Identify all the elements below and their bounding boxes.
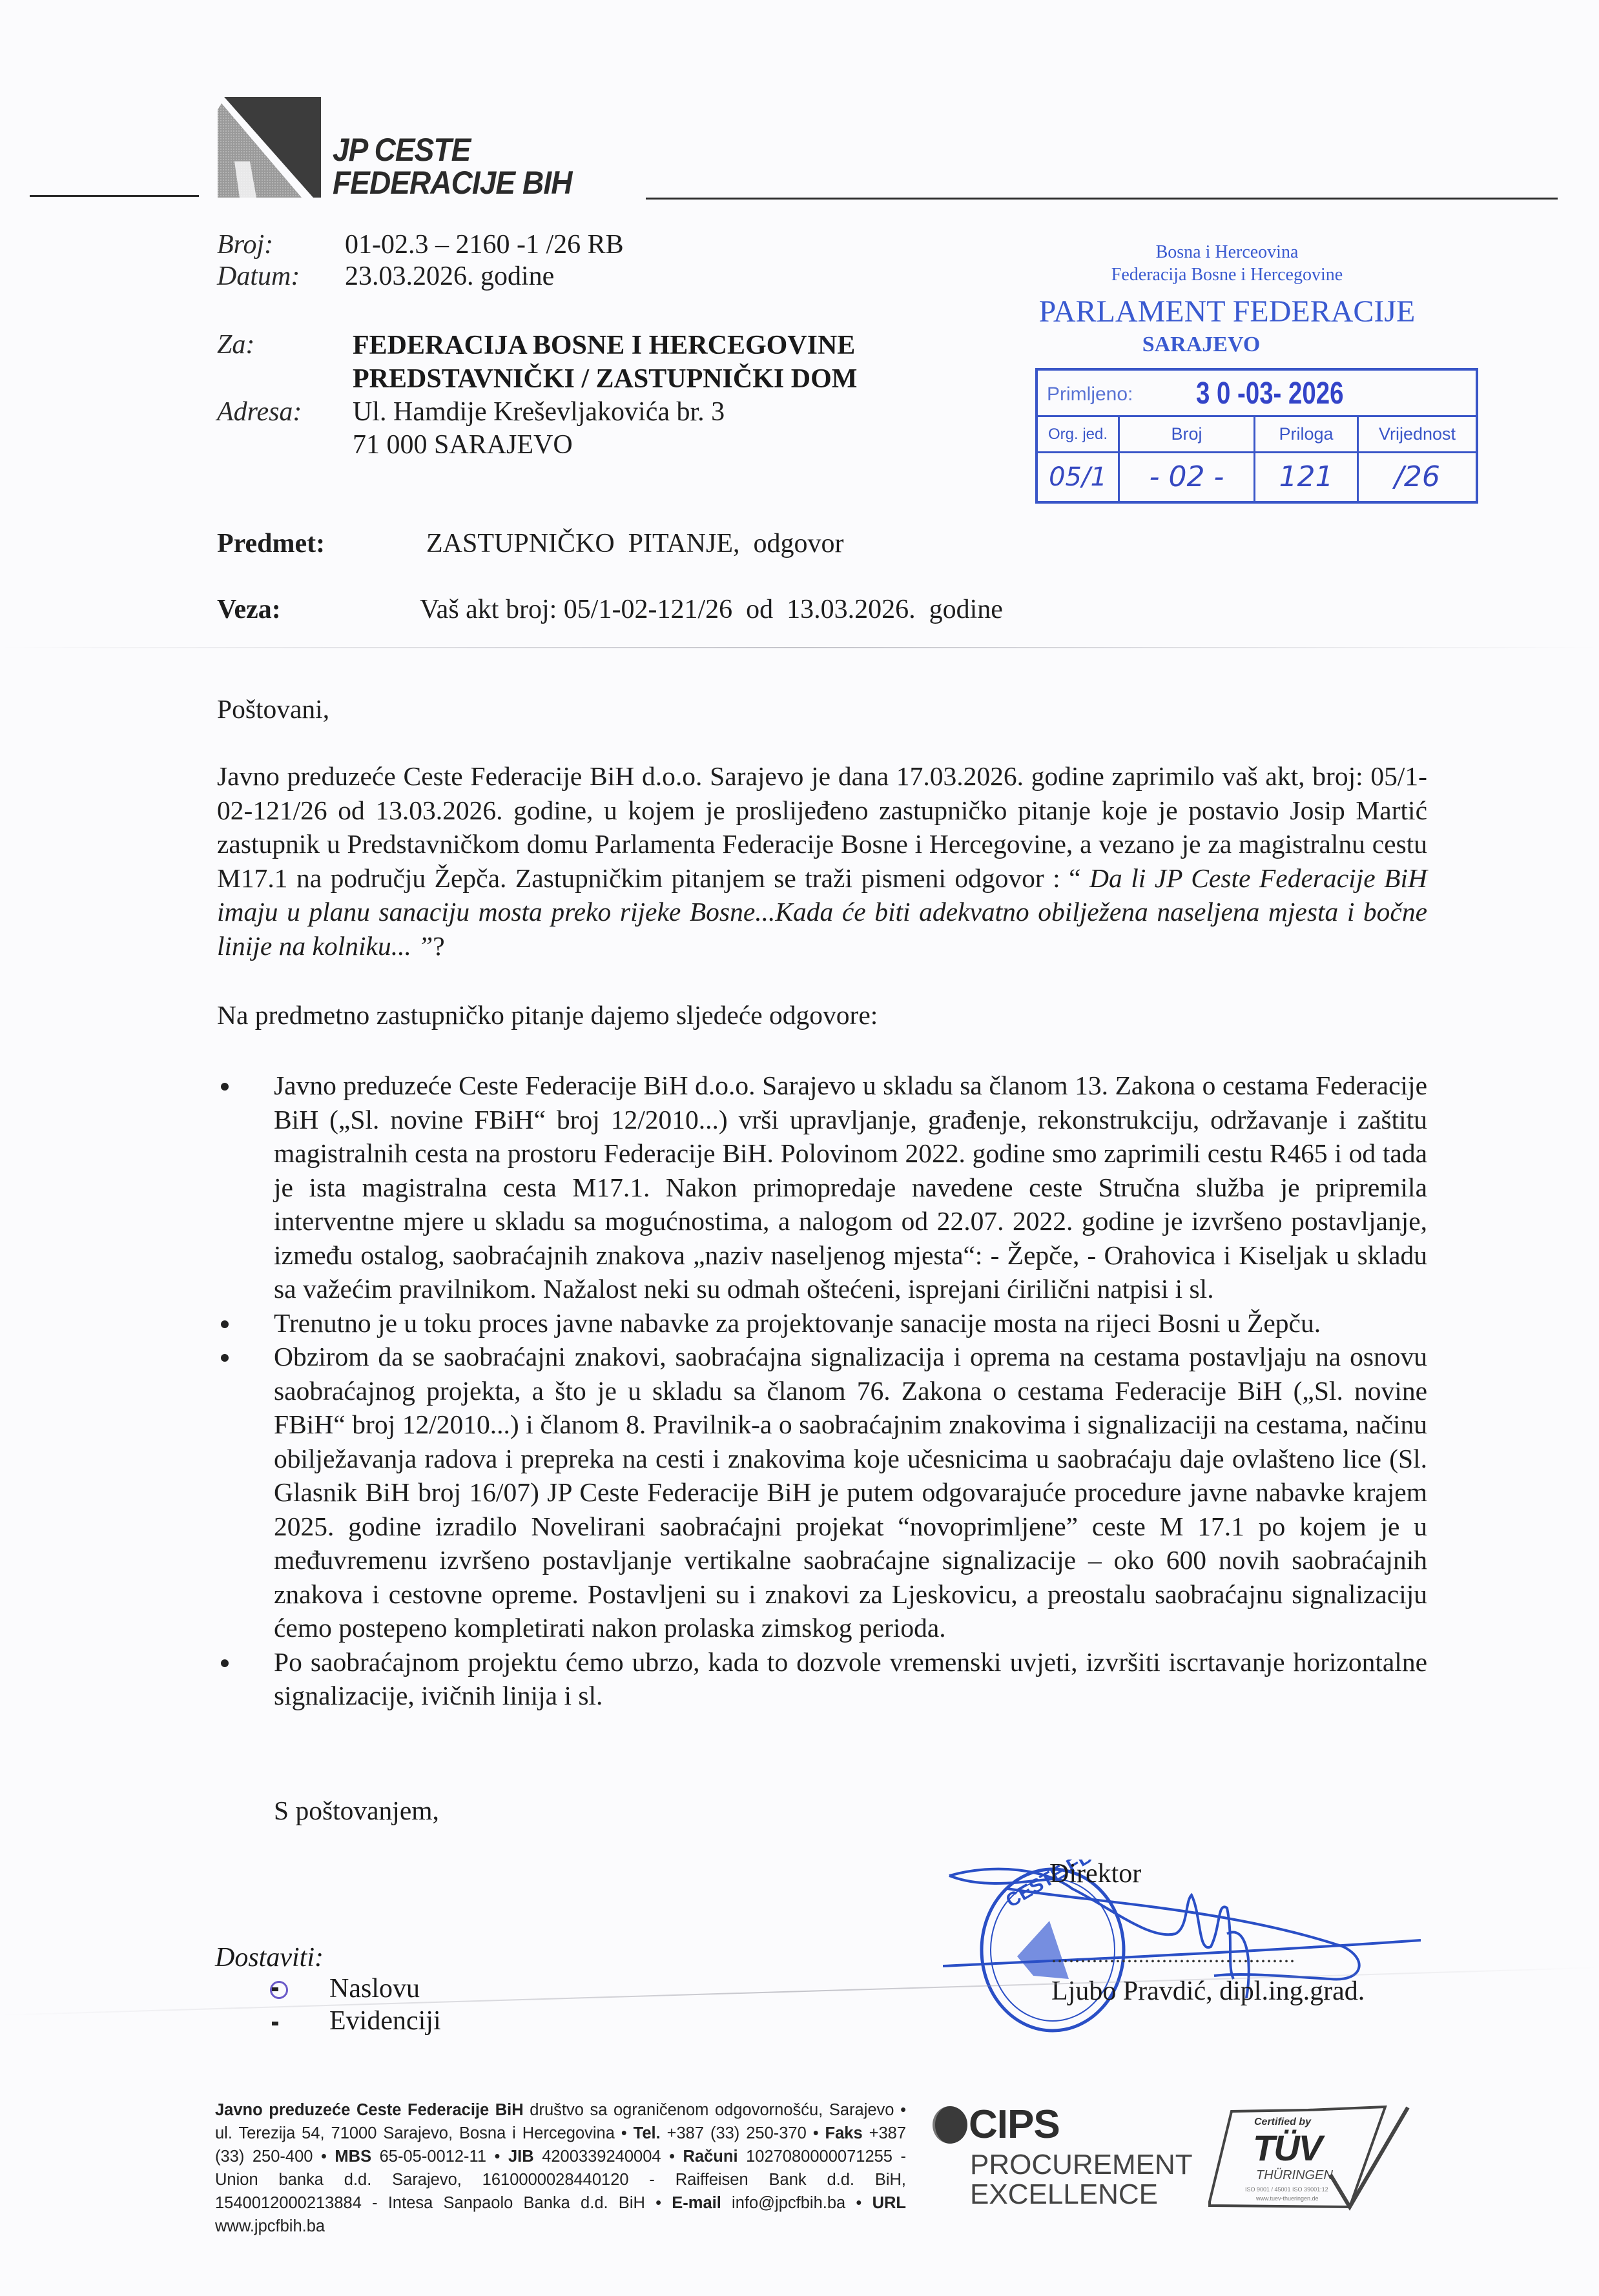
stamp-col-priloga: Priloga: [1255, 417, 1359, 451]
stamp-received-date: 3 0 -03- 2026: [1196, 376, 1343, 411]
footer-url[interactable]: www.jpcfbih.ba: [215, 2217, 325, 2235]
jp-ceste-logo-icon: [218, 97, 321, 198]
answer-item: Trenutno je u toku proces javne nabavke …: [217, 1306, 1427, 1340]
salutation: Poštovani,: [217, 692, 1427, 726]
distribution-item-evidenciji: Evidenciji: [329, 2005, 441, 2036]
bullet-icon: [221, 1083, 229, 1091]
answers-intro: Na predmetno zastupničko pitanje dajemo …: [217, 998, 1427, 1032]
dash-icon: [272, 1987, 278, 1991]
tuv-url: www.tuev-thueringen.de: [1256, 2195, 1319, 2202]
company-name-line1: JP CESTE: [333, 134, 470, 166]
signatory-name: Ljubo Pravdić, dipl.ing.grad.: [1051, 1976, 1365, 2007]
dash-icon: [272, 2022, 278, 2025]
address-line1: Ul. Hamdije Kreševljakovića br. 3: [353, 396, 725, 427]
paper-fold-upper: [0, 647, 1599, 648]
answers-list: Javno preduzeće Ceste Federacije BiH d.o…: [217, 1069, 1427, 1713]
addressee-line1: FEDERACIJA BOSNE I HERCEGOVINE: [353, 330, 855, 361]
tuv-certification-logo: Certified by TÜV THÜRINGEN ISO 9001 / 45…: [1111, 2104, 1421, 2213]
stamp-val-broj: - 02 -: [1120, 453, 1255, 501]
stamp-val-org: 05/1: [1038, 453, 1120, 501]
receipt-stamp: Primljeno: 3 0 -03- 2026 Org. jed. Broj …: [1035, 368, 1478, 504]
answer-item: Po saobraćajnom projektu ćemo ubrzo, kad…: [217, 1645, 1427, 1713]
za-label: Za:: [217, 329, 254, 360]
company-name-line2: FEDERACIJE BIH: [333, 167, 572, 199]
intro-end: ?: [433, 931, 444, 961]
tuv-name: TÜV: [1253, 2129, 1321, 2167]
stamp-parliament: PARLAMENT FEDERACIJE: [995, 294, 1460, 329]
veza-value: Vaš akt broj: 05/1-02-121/26 od 13.03.20…: [420, 594, 1003, 625]
stamp-city: SARAJEVO: [1007, 333, 1395, 357]
adresa-label: Adresa:: [217, 396, 302, 427]
tuv-region: THÜRINGEN: [1256, 2168, 1333, 2183]
stamp-col-vrijednost: Vrijednost: [1359, 417, 1476, 451]
stamp-val-vrijednost: /26: [1359, 453, 1476, 501]
answer-item: Obzirom da se saobraćajni znakovi, saobr…: [217, 1340, 1427, 1645]
bullet-icon: [221, 1320, 229, 1328]
header-rule-right: [646, 198, 1558, 200]
cips-emblem-icon: [933, 2106, 967, 2144]
broj-label: Broj:: [217, 229, 273, 260]
veza-label: Veza:: [217, 594, 281, 625]
bullet-icon: [221, 1659, 229, 1667]
footer-email[interactable]: info@jpcfbih.ba •: [721, 2194, 872, 2212]
footer-contact-info: Javno preduzeće Ceste Federacije BiH dru…: [215, 2098, 906, 2238]
answer-item: Javno preduzeće Ceste Federacije BiH d.o…: [217, 1069, 1427, 1306]
header-rule-left: [30, 195, 199, 197]
closing: S poštovanjem,: [274, 1794, 439, 1828]
bullet-icon: [221, 1354, 229, 1362]
broj-value: 01-02.3 – 2160 -1 /26 RB: [345, 229, 624, 260]
stamp-entity: Federacija Bosne i Hercegovine: [995, 265, 1460, 285]
tuv-iso-text: ISO 9001 / 45001 ISO 39001:12: [1245, 2186, 1328, 2193]
predmet-value: ZASTUPNIČKO PITANJE, odgovor: [426, 528, 843, 559]
intro-paragraph: Javno preduzeće Ceste Federacije BiH d.o…: [217, 759, 1427, 963]
stamp-received-label: Primljeno:: [1047, 384, 1133, 405]
signature-line: ........................................…: [1051, 1943, 1295, 1967]
stamp-val-priloga: 121: [1255, 453, 1359, 501]
address-line2: 71 000 SARAJEVO: [353, 429, 573, 460]
predmet-label: Predmet:: [217, 528, 325, 559]
stamp-col-broj: Broj: [1120, 417, 1255, 451]
stamp-country: Bosna i Herceovina: [995, 242, 1460, 263]
addressee-line2: PREDSTAVNIČKI / ZASTUPNIČKI DOM: [353, 364, 857, 395]
stamp-col-org: Org. jed.: [1038, 417, 1120, 451]
tuv-certified-by: Certified by: [1254, 2117, 1311, 2128]
signatory-title: Direktor: [1049, 1858, 1141, 1889]
datum-label: Datum:: [217, 261, 300, 292]
distribution-item-naslovu: Naslovu: [329, 1973, 420, 2004]
datum-value: 23.03.2026. godine: [345, 261, 554, 292]
distribution-label: Dostaviti:: [215, 1942, 324, 1973]
cips-title: CIPS: [969, 2104, 1060, 2146]
